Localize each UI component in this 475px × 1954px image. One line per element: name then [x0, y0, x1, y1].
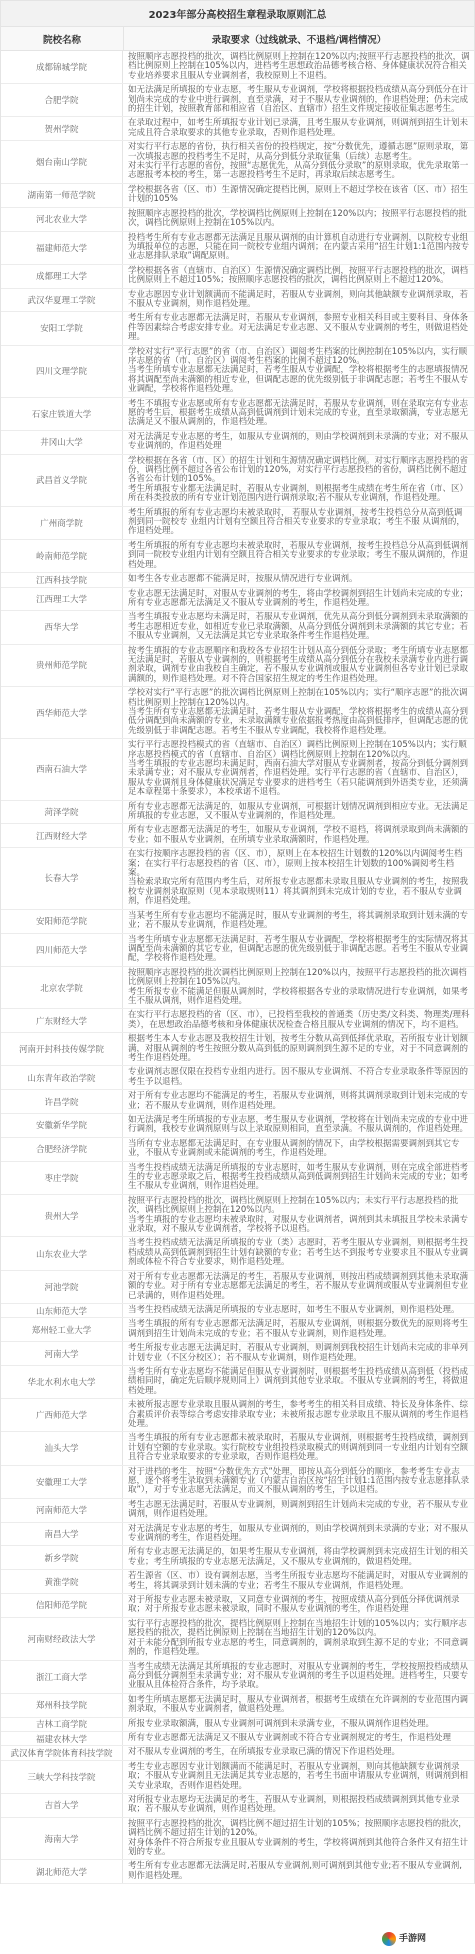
school-name: 海南大学	[1, 1818, 123, 1860]
table-row: 广西师范大学未被所报志愿专业录取且服从调剂的考生，参考考生的相关科目成绩、特长及…	[1, 1399, 474, 1432]
admission-requirement: 当考生填报的所有专业志愿都无法满足时，若服从专业调剂，则根据分数优先的原则将考生…	[123, 1318, 474, 1341]
admission-requirement: 当考生投档成绩无法满足所填报的专业（类）志愿时，若考生服从专业调剂，则根据考生投…	[123, 1237, 474, 1269]
admission-requirement: 当考生所填专业志愿都无法满足时，若考生服从专业调配，学校将根据考生的实际情况将其…	[123, 934, 474, 966]
admission-requirement: 当考生填报专业志愿均未满足时，若服从专业调剂，优先从高分到低分调剂到未录取满额的…	[123, 611, 474, 643]
admission-requirement: 按照顺序志愿投档的批次，学校调档比例原则上控制在120%以内；按照平行志愿投档的…	[123, 208, 474, 231]
admission-requirement: 对无法满足专业志愿的考生，如服从专业调剂的，则由学校调剂到未录满的专业；对不服从…	[123, 431, 474, 454]
admission-requirement: 学校根据各省（区、市）生源情况确定提档比例，原则上不超过学校在该省（区、市）招生…	[123, 184, 474, 207]
admission-rules-table: 2023年部分高校招生章程录取原则汇总 院校名称 录取要求（过线就录、不退档/调…	[0, 0, 475, 1884]
school-name: 西南石油大学	[1, 739, 123, 799]
school-name: 北京农学院	[1, 967, 123, 1009]
school-name: 江西财经大学	[1, 824, 123, 847]
admission-requirement: 按照平行志愿投档的批次，调档比例原则上控制在105%以内；未实行平行志愿投档的批…	[123, 1195, 474, 1237]
admission-requirement: 对于所有专业志愿均不能满足的考生，若服从专业调剂，则将其调剂录取到计划未完成的专…	[123, 1090, 474, 1113]
header-school-name: 院校名称	[1, 27, 124, 50]
table-row: 武汉体育学院体育科技学院对不服从专业调剂的考生，在所填报专业录取已满的情况下作退…	[1, 1746, 474, 1760]
school-name: 成都理工大学	[1, 265, 123, 288]
school-name: 安徽新华学院	[1, 1114, 123, 1137]
admission-requirement: 考生不填报专业志愿或所有专业志愿都无法满足时，若服从专业调剂，则在录取完有专业志…	[123, 398, 474, 430]
table-row: 黄淮学院若生源省（区、市）设有调剂志愿，当考生所报专业志愿均不能满足时，对服从专…	[1, 1570, 474, 1594]
admission-requirement: 在录取过程中，如考生所填报专业计划已录满，且考生服从专业调剂，则调剂到招生计划未…	[123, 117, 474, 140]
admission-requirement: 当考生填报的所有专业志愿都未被录取时，若服从专业调剂，则根据考生投档成绩，调剂到…	[123, 1432, 474, 1464]
school-name: 华北水利水电大学	[1, 1366, 123, 1398]
admission-requirement: 未被所报志愿专业录取且服从调剂的考生，参考考生的相关科目成绩、特长及身体条件、综…	[123, 1399, 474, 1431]
table-row: 枣庄学院当考生投档成绩无法满足所填报的专业志愿时，如考生服从专业调剂，则在完成全…	[1, 1162, 474, 1195]
admission-requirement: 考生所填报的所有专业志愿均未被录取时，若服从专业调剂，按考生投档总分从高到低调剂…	[123, 540, 474, 572]
school-name: 广东财经大学	[1, 1009, 123, 1032]
admission-requirement: 实行平行志愿投档模式的省（直辖市、自治区）调档比例原则上控制在105%以内；实行…	[123, 739, 474, 799]
school-name: 三峡大学科技学院	[1, 1761, 123, 1793]
admission-requirement: 所有专业志愿都无法满足的考生，如服从专业调剂，学校不退档，将调剂录取到尚未满额的…	[123, 824, 474, 847]
table-row: 海南大学按照平行志愿投档的批次，调档比例不超过招生计划的105%；按照顺序志愿投…	[1, 1818, 474, 1861]
school-name: 山东青年政治学院	[1, 1066, 123, 1089]
table-row: 吉林工商学院所报专业录取额满，服从专业调剂可调剂到未录满专业，不服从调剂作退档处…	[1, 1718, 474, 1732]
admission-requirement: 对实行平行志愿的省份，执行相关省份的投档规定，按“分数优先，遵循志愿”原则录取，…	[123, 141, 474, 183]
admission-requirement: 对于进档的考生，按照“分数优先方式”处理，即按从高分到低分的顺序，参考考生专业志…	[123, 1466, 474, 1498]
school-name: 合肥经济学院	[1, 1138, 123, 1161]
admission-requirement: 如无法满足所填报的专业志愿，考生服从专业调剂，学校将根据投档成绩从高分到低分在计…	[123, 84, 474, 116]
table-row: 三峡大学科技学院考生专业志愿因专业计划额满而不能满足时，若服从专业调剂，则向其他…	[1, 1761, 474, 1794]
table-row: 江西财经大学所有专业志愿都无法满足的考生，如服从专业调剂，学校不退档，将调剂录取…	[1, 824, 474, 848]
school-name: 山东师范大学	[1, 1304, 123, 1317]
admission-requirement: 在实行按顺序志愿投档的省（区、市），原则上在本校招生计划数的120%以内调阅考生…	[123, 848, 474, 908]
admission-requirement: 考生所报专业志愿无法满足时，若服从专业调剂，则调剂到我校招生计划尚未完成的非单列…	[123, 1342, 474, 1365]
table-row: 山东农业大学当考生投档成绩无法满足所填报的专业（类）志愿时，若考生服从专业调剂，…	[1, 1237, 474, 1270]
school-name: 广州商学院	[1, 507, 123, 539]
table-row: 郑州科技学院如考生所填志愿都无法满足时，服从专业调剂者，根据考生成绩在允许调剂的…	[1, 1694, 474, 1718]
school-name: 郑州轻工业大学	[1, 1318, 123, 1341]
table-row: 安徽理工大学对于进档的考生，按照“分数优先方式”处理，即按从高分到低分的顺序，参…	[1, 1466, 474, 1499]
school-name: 福建农林大学	[1, 1732, 123, 1745]
table-row: 河北农业大学按照顺序志愿投档的批次，学校调档比例原则上控制在120%以内；按照平…	[1, 208, 474, 232]
table-row: 长春大学在实行按顺序志愿投档的省（区、市），原则上在本校招生计划数的120%以内…	[1, 848, 474, 909]
school-name: 成都锦城学院	[1, 51, 123, 83]
school-name: 信阳师范学院	[1, 1594, 123, 1617]
school-name: 岭南师范学院	[1, 540, 123, 572]
school-name: 贵州师范学院	[1, 645, 123, 687]
table-row: 山东青年政治学院专业调剂志愿仅限在投档专业组内进行。因不服从专业调剂、不符合专业…	[1, 1066, 474, 1090]
admission-requirement: 当考生成绩无法满足其所填报的专业志愿时，对服从专业调剂的考生，学校按照投档成绩从…	[123, 1661, 474, 1693]
school-name: 安阳师范学院	[1, 910, 123, 933]
admission-requirement: 若生源省（区、市）设有调剂志愿，当考生所报专业志愿均不能满足时，对服从专业调剂的…	[123, 1570, 474, 1593]
school-name: 长春大学	[1, 848, 123, 908]
table-row: 贵州师范学院按考生填报的专业志愿顺序和我校各专业招生计划从高分到低分录取；考生所…	[1, 645, 474, 688]
school-name: 许昌学院	[1, 1090, 123, 1113]
table-row: 新乡学院所有专业志愿无法满足的，如果考生服从专业调剂，将由学校调剂到未完成招生计…	[1, 1546, 474, 1570]
table-row: 河南大学考生所报专业志愿无法满足时，若服从专业调剂，则调剂到我校招生计划尚未完成…	[1, 1342, 474, 1366]
admission-requirement: 学校根据在各省（市、区）的招生计划和生源情况确定调档比例。对实行顺序志愿投档的省…	[123, 455, 474, 506]
table-row: 西华大学当考生填报专业志愿均未满足时，若服从专业调剂，优先从高分到低分调剂到未录…	[1, 611, 474, 644]
table-row: 汕头大学当考生填报的所有专业志愿都未被录取时，若服从专业调剂，则根据考生投档成绩…	[1, 1432, 474, 1465]
school-name: 郑州科技学院	[1, 1694, 123, 1717]
table-row: 郑州轻工业大学当考生填报的所有专业志愿都无法满足时，若服从专业调剂，则根据分数优…	[1, 1318, 474, 1342]
table-row: 安徽新华学院如无法满足考生所填报的专业志愿，考生服从专业调剂，学校将在计划尚未完…	[1, 1114, 474, 1138]
table-row: 广州商学院考生所填报的所有专业志愿均未被录取时， 若服从专业调剂，按考生投档总分…	[1, 507, 474, 540]
school-name: 四川师范大学	[1, 934, 123, 966]
table-row: 菏泽学院所有专业志愿都无法满足的，如服从专业调剂，可根据计划情况调剂到相应专业。…	[1, 801, 474, 825]
table-row: 贺州学院在录取过程中，如考生所填报专业计划已录满，且考生服从专业调剂，则调剂到招…	[1, 117, 474, 141]
school-name: 烟台南山学院	[1, 141, 123, 183]
table-row: 武汉华夏理工学院专业志愿因专业计划额满而不能满足时，若服从专业调剂，则向其他缺额…	[1, 289, 474, 313]
admission-requirement: 当考生投档成绩无法满足所填报的专业志愿时，如考生服从专业调剂，则在完成全部进档考…	[123, 1162, 474, 1194]
table-row: 河南财经政法大学实行平行志愿投档的批次，提档比例原则上控制在当地招生计划的105…	[1, 1618, 474, 1661]
school-name: 井冈山大学	[1, 431, 123, 454]
admission-requirement: 考生所有专业志愿都无法满足时，若服从专业调剂，参照专业相关科目或主要科目、身体条…	[123, 312, 474, 344]
admission-requirement: 所有专业志愿都无法满足又不服从专业调剂或不符合专业调剂规定的考生，作退档处理	[123, 1732, 474, 1745]
admission-requirement: 实行平行志愿投档的批次，提档比例原则上控制在当地招生计划的105%以内；实行顺序…	[123, 1618, 474, 1660]
school-name: 河南财经政法大学	[1, 1618, 123, 1660]
table-row: 福建农林大学所有专业志愿都无法满足又不服从专业调剂或不符合专业调剂规定的考生，作…	[1, 1732, 474, 1746]
table-row: 湖北师范大学考生所有专业志愿都无法满足时,若服从专业调剂,则可调剂到其他专业;若…	[1, 1860, 474, 1884]
table-row: 广东财经大学在实行平行志愿投档的省（区、市），已投档至我校的普通类（历史类/文科…	[1, 1009, 474, 1033]
admission-requirement: 所有专业志愿无法满足的，如果考生服从专业调剂，将由学校调剂到未完成招生计划的相关…	[123, 1546, 474, 1569]
admission-requirement: 当某考生所有专业志愿均不能满足时，服从专业调剂的考生，将其调剂录取到计划未满的专…	[123, 910, 474, 933]
school-name: 新乡学院	[1, 1546, 123, 1569]
admission-requirement: 所报专业录取额满，服从专业调剂可调剂到未录满专业，不服从调剂作退档处理。	[123, 1718, 474, 1731]
school-name: 浙江工商大学	[1, 1661, 123, 1693]
header-requirement: 录取要求（过线就录、不退档/调档情况）	[124, 27, 474, 50]
school-name: 西华师范大学	[1, 687, 123, 738]
school-name: 山东农业大学	[1, 1237, 123, 1269]
admission-requirement: 按照顺序志愿投档的批次，调档比例原则上控制在120%以内;按照平行志愿投档的批次…	[123, 51, 474, 83]
school-name: 南昌大学	[1, 1523, 123, 1546]
admission-requirement: 专业志愿因专业计划额满而不能满足时，若服从专业调剂，则向其他缺额专业调剂录取，若…	[123, 289, 474, 312]
school-name: 安阳工学院	[1, 312, 123, 344]
table-header: 院校名称 录取要求（过线就录、不退档/调档情况）	[1, 27, 474, 51]
site-watermark: 手游网	[380, 1928, 450, 1950]
table-row: 井冈山大学对无法满足专业志愿的考生，如服从专业调剂的，则由学校调剂到未录满的专业…	[1, 431, 474, 455]
table-row: 山东师范大学当考生投档成绩无法满足所填报的专业志愿时，如考生不服从专业调剂，则作…	[1, 1304, 474, 1318]
table-row: 四川文理学院学校对实行“平行志愿”的省（市、自治区）调阅考生档案的比例控制在10…	[1, 346, 474, 398]
admission-requirement: 如考生各专业志愿都不能满足时，按服从情况进行专业调剂。	[123, 573, 474, 586]
table-row: 安阳工学院考生所有专业志愿都无法满足时，若服从专业调剂，参照专业相关科目或主要科…	[1, 312, 474, 345]
school-name: 枣庄学院	[1, 1162, 123, 1194]
school-name: 西华大学	[1, 611, 123, 643]
admission-requirement: 学校对实行“平行志愿”的省（市、自治区）调阅考生档案的比例控制在105%以内，实…	[123, 346, 474, 397]
table-row: 西华师范大学学校对实行“平行志愿”的批次调档比例原则上控制在105%以内；实行“…	[1, 687, 474, 739]
admission-requirement: 考生专业志愿因专业计划额满而不能满足时，若服从专业调剂，则向其他缺额专业调剂录取…	[123, 1761, 474, 1793]
table-row: 安阳师范学院当某考生所有专业志愿均不能满足时，服从专业调剂的考生，将其调剂录取到…	[1, 910, 474, 934]
table-row: 河池学院对于所有专业志愿都无法满足的考生，若服从专业调剂，则按出档成绩调剂到其他…	[1, 1271, 474, 1304]
admission-requirement: 按照平行志愿投档的批次，调档比例不超过招生计划的105%；按照顺序志愿投档的批次…	[123, 1818, 474, 1860]
watermark-logo-icon	[382, 1932, 396, 1946]
school-name: 湖南第一师范学院	[1, 184, 123, 207]
table-row: 成都锦城学院按照顺序志愿投档的批次，调档比例原则上控制在120%以内;按照平行志…	[1, 51, 474, 84]
school-name: 黄淮学院	[1, 1570, 123, 1593]
admission-requirement: 对无法满足专业志愿的考生，如服从专业调剂的，则由学校调剂到未录满的专业；对不服从…	[123, 1523, 474, 1546]
school-name: 河南大学	[1, 1342, 123, 1365]
table-row: 北京农学院按照顺序志愿投档的批次调档比例原则上控制在120%以内，按照平行志愿投…	[1, 967, 474, 1010]
school-name: 武昌首义学院	[1, 455, 123, 506]
watermark-text: 手游网	[399, 1934, 426, 1944]
school-name: 湖北师范大学	[1, 1860, 123, 1883]
table-row: 许昌学院对于所有专业志愿均不能满足的考生，若服从专业调剂，则将其调剂录取到计划未…	[1, 1090, 474, 1114]
table-row: 岭南师范学院考生所填报的所有专业志愿均未被录取时，若服从专业调剂，按考生投档总分…	[1, 540, 474, 573]
table-row: 烟台南山学院对实行平行志愿的省份，执行相关省份的投档规定，按“分数优先，遵循志愿…	[1, 141, 474, 184]
school-name: 吉林工商学院	[1, 1718, 123, 1731]
table-row: 石家庄铁道大学考生不填报专业志愿或所有专业志愿都无法满足时，若服从专业调剂，则在…	[1, 398, 474, 431]
admission-requirement: 专业志愿无法满足时，对服从专业调剂的考生，将由学校调剂到招生计划尚未完成的专业；…	[123, 588, 474, 611]
admission-requirement: 投档考生所有专业志愿都无法满足且服从调剂的由计算机自动进行专业调剂，以院校专业组…	[123, 232, 474, 264]
table-row: 浙江工商大学当考生成绩无法满足其所填报的专业志愿时，对服从专业调剂的考生，学校按…	[1, 1661, 474, 1694]
school-name: 武汉华夏理工学院	[1, 289, 123, 312]
admission-requirement: 考生志愿无法满足时，若服从专业调剂，则调剂到招生计划尚未完成的专业，若不服从专业…	[123, 1499, 474, 1522]
school-name: 广西师范大学	[1, 1399, 123, 1431]
table-row: 华北水利水电大学当考生所有专业志愿均不能满足但服从专业调剂时，则根据考生投档成绩…	[1, 1366, 474, 1399]
school-name: 合肥学院	[1, 84, 123, 116]
school-name: 河南开封科技传媒学院	[1, 1033, 123, 1065]
school-name: 贺州学院	[1, 117, 123, 140]
table-row: 福建师范大学投档考生所有专业志愿都无法满足且服从调剂的由计算机自动进行专业调剂，…	[1, 232, 474, 265]
admission-requirement: 根据考生本人专业志愿及我校招生计划，按考生分数从高到低择优录取，若所报专业计划额…	[123, 1033, 474, 1065]
table-row: 吉首大学对所报专业志愿均无法满足的考生，若服从专业调剂，则根据投档成绩调剂到其他…	[1, 1794, 474, 1818]
school-name: 吉首大学	[1, 1794, 123, 1817]
school-name: 贵州大学	[1, 1195, 123, 1237]
table-row: 西南石油大学实行平行志愿投档模式的省（直辖市、自治区）调档比例原则上控制在105…	[1, 739, 474, 800]
admission-requirement: 学校对实行“平行志愿”的批次调档比例原则上控制在105%以内；实行“顺序志愿”的…	[123, 687, 474, 738]
table-row: 合肥学院如无法满足所填报的专业志愿，考生服从专业调剂，学校将根据投档成绩从高分到…	[1, 84, 474, 117]
school-name: 福建师范大学	[1, 232, 123, 264]
admission-requirement: 如无法满足考生所填报的专业志愿，考生服从专业调剂，学校将在计划尚未完成的专业中进…	[123, 1114, 474, 1137]
table-row: 湖南第一师范学院学校根据各省（区、市）生源情况确定提档比例，原则上不超过学校在该…	[1, 184, 474, 208]
admission-requirement: 学校根据各省（直辖市、自治区）生源情况确定调档比例，按照平行志愿投档的批次，调档…	[123, 265, 474, 288]
admission-requirement: 专业调剂志愿仅限在投档专业组内进行。因不服从专业调剂、不符合专业录取条件等原因的…	[123, 1066, 474, 1089]
table-row: 河南开封科技传媒学院根据考生本人专业志愿及我校招生计划，按考生分数从高到低择优录…	[1, 1033, 474, 1066]
school-name: 菏泽学院	[1, 801, 123, 824]
table-row: 武昌首义学院学校根据在各省（市、区）的招生计划和生源情况确定调档比例。对实行顺序…	[1, 455, 474, 507]
school-name: 汕头大学	[1, 1432, 123, 1464]
admission-requirement: 当考生所有专业志愿均不能满足但服从专业调剂时，则根据考生投档成绩从高到低（投档成…	[123, 1366, 474, 1398]
table-row: 贵州大学按照平行志愿投档的批次，调档比例原则上控制在105%以内；未实行平行志愿…	[1, 1195, 474, 1238]
school-name: 江西科技学院	[1, 573, 123, 586]
admission-requirement: 所有专业志愿都无法满足的，如服从专业调剂，可根据计划情况调剂到相应专业。无法满足…	[123, 801, 474, 824]
school-name: 江西理工大学	[1, 588, 123, 611]
admission-requirement: 考生所填报的所有专业志愿均未被录取时， 若服从专业调剂，按考生投档总分从高到低调…	[123, 507, 474, 539]
table-row: 信阳师范学院对于所报专业志愿未被录取，又同意专业调剂的考生，按照成绩从高分到低分…	[1, 1594, 474, 1618]
admission-requirement: 如考生所填志愿都无法满足时，服从专业调剂者，根据考生成绩在允许调剂的专业范围内调…	[123, 1694, 474, 1717]
admission-requirement: 对不服从专业调剂的考生，在所填报专业录取已满的情况下作退档处理。	[123, 1746, 474, 1759]
admission-requirement: 对于所报专业志愿未被录取，又同意专业调剂的考生，按照成绩从高分到低分择优调剂录取…	[123, 1594, 474, 1617]
admission-requirement: 对于所有专业志愿都无法满足的考生，若服从专业调剂，则按出档成绩调剂到其他未录取满…	[123, 1271, 474, 1303]
school-name: 武汉体育学院体育科技学院	[1, 1746, 123, 1759]
table-row: 江西科技学院如考生各专业志愿都不能满足时，按服从情况进行专业调剂。	[1, 573, 474, 587]
school-name: 河南师范大学	[1, 1499, 123, 1522]
table-row: 河南师范大学考生志愿无法满足时，若服从专业调剂，则调剂到招生计划尚未完成的专业，…	[1, 1499, 474, 1523]
school-name: 石家庄铁道大学	[1, 398, 123, 430]
admission-requirement: 当所有专业志愿都无法满足时，在专业服从调剂的情况下，由学校根据需要调剂到其它专业…	[123, 1138, 474, 1161]
school-name: 河池学院	[1, 1271, 123, 1303]
admission-requirement: 按照顺序志愿投档的批次调档比例原则上控制在120%以内，按照平行志愿投档的批次调…	[123, 967, 474, 1009]
table-row: 江西理工大学专业志愿无法满足时，对服从专业调剂的考生，将由学校调剂到招生计划尚未…	[1, 588, 474, 612]
admission-requirement: 对所报专业志愿均无法满足的考生，若服从专业调剂，则根据投档成绩调剂到其他专业录取…	[123, 1794, 474, 1817]
admission-requirement: 在实行平行志愿投档的省（区、市），已投档至我校的普通类（历史类/文科类、物理类/…	[123, 1009, 474, 1032]
table-title: 2023年部分高校招生章程录取原则汇总	[1, 1, 474, 27]
table-row: 南昌大学对无法满足专业志愿的考生，如服从专业调剂的，则由学校调剂到未录满的专业；…	[1, 1523, 474, 1547]
school-name: 安徽理工大学	[1, 1466, 123, 1498]
school-name: 四川文理学院	[1, 346, 123, 397]
admission-requirement: 考生所有专业志愿都无法满足时,若服从专业调剂,则可调剂到其他专业;若不服从专业调…	[123, 1860, 474, 1883]
admission-requirement: 当考生投档成绩无法满足所填报的专业志愿时，如考生不服从专业调剂，则作退档处理。	[123, 1304, 474, 1317]
admission-requirement: 按考生填报的专业志愿顺序和我校各专业招生计划从高分到低分录取；考生所填专业志愿都…	[123, 645, 474, 687]
table-row: 合肥经济学院当所有专业志愿都无法满足时，在专业服从调剂的情况下，由学校根据需要调…	[1, 1138, 474, 1162]
school-name: 河北农业大学	[1, 208, 123, 231]
table-row: 成都理工大学学校根据各省（直辖市、自治区）生源情况确定调档比例，按照平行志愿投档…	[1, 265, 474, 289]
table-row: 四川师范大学当考生所填专业志愿都无法满足时，若考生服从专业调配，学校将根据考生的…	[1, 934, 474, 967]
